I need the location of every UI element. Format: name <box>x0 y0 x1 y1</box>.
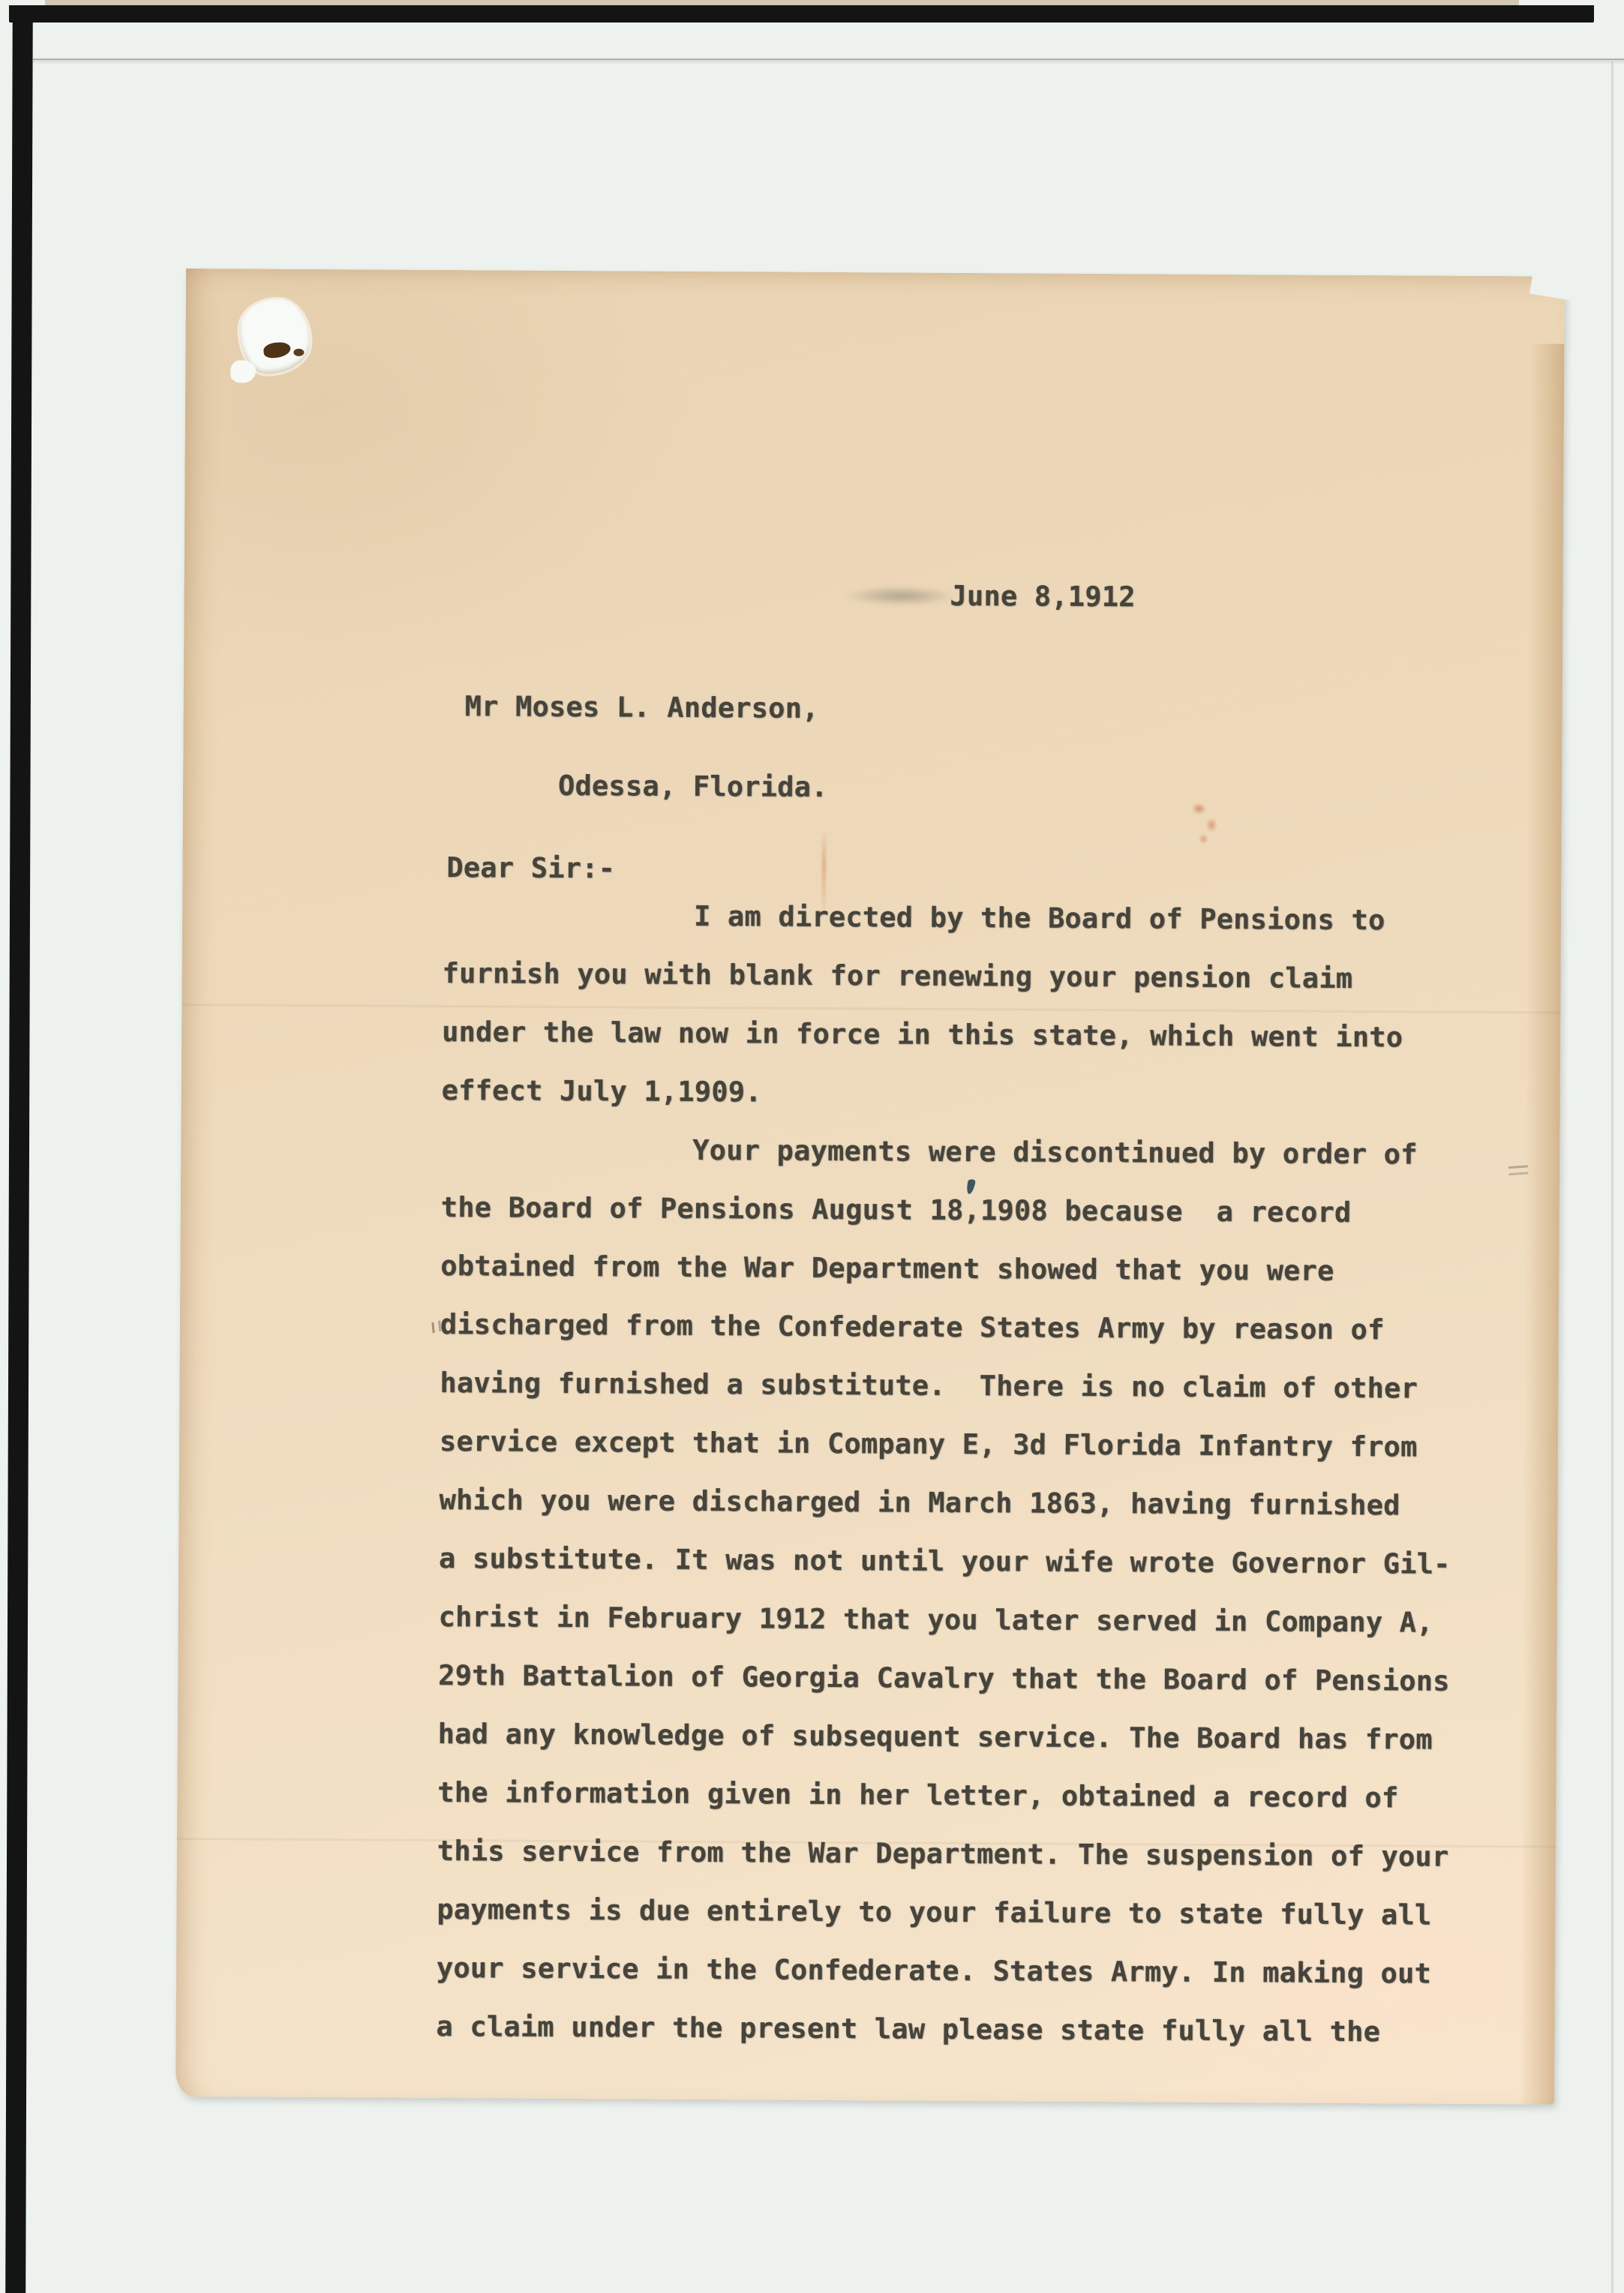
paper-right-edge-shading <box>1520 344 1565 2104</box>
letter-line: under the law now in force in this state… <box>442 1003 1522 1067</box>
letter-line: I am directed by the Board of Pensions t… <box>443 886 1523 950</box>
letter-line: service except that in Company E, 3d Flo… <box>440 1412 1520 1477</box>
right-edge-line <box>1611 62 1613 2293</box>
letter-line: effect July 1,1909. <box>441 1061 1521 1126</box>
letter-line: a claim under the present law please sta… <box>436 1997 1516 2062</box>
letter-line: a substitute. It was not until your wife… <box>439 1529 1519 1594</box>
crease-line-shadow <box>33 60 1624 65</box>
letter-line: which you were discharged in March 1863,… <box>439 1471 1519 1535</box>
paper-corner-cut <box>1529 264 1579 301</box>
letter-body: I am directed by the Board of Pensions t… <box>436 886 1523 2062</box>
letter-line: the information given in her letter, obt… <box>437 1763 1517 1828</box>
rust-stain <box>1190 800 1221 846</box>
letter-paper: June 8,1912 Mr Moses L. Anderson, Odessa… <box>176 269 1565 2105</box>
letter-line: discharged from the Confederate States A… <box>440 1295 1520 1360</box>
ink-smear <box>844 586 956 606</box>
letter-line: the Board of Pensions August 18,1908 bec… <box>441 1178 1521 1243</box>
recipient-name: Mr Moses L. Anderson, <box>464 688 818 728</box>
recipient-city: Odessa, Florida. <box>558 767 828 806</box>
salutation: Dear Sir:- <box>446 849 615 887</box>
letter-line: obtained from the War Department showed … <box>440 1237 1520 1301</box>
letter-line: this service from the War Department. Th… <box>437 1822 1517 1886</box>
letter-line: payments is due entirely to your failure… <box>437 1880 1517 1945</box>
letter-line: your service in the Confederate. States … <box>437 1939 1517 2003</box>
letter-line: had any knowledge of subsequent service.… <box>438 1705 1518 1769</box>
scan-frame-left <box>5 5 33 2293</box>
letter-line: having furnished a substitute. There is … <box>440 1354 1520 1418</box>
letter-line: 29th Battalion of Georgia Cavalry that t… <box>438 1646 1518 1711</box>
torn-hole-spot-small <box>293 349 304 356</box>
letter-line: Your payments were discontinued by order… <box>441 1120 1521 1184</box>
scan-frame-top <box>9 5 1594 23</box>
letter-date: June 8,1912 <box>950 578 1136 616</box>
torn-hole-tail <box>230 360 256 383</box>
scan-background: June 8,1912 Mr Moses L. Anderson, Odessa… <box>0 0 1624 2293</box>
letter-line: furnish you with blank for renewing your… <box>442 944 1522 1009</box>
torn-hole-spot <box>263 341 291 359</box>
letter-line: christ in February 1912 that you later s… <box>438 1588 1518 1652</box>
